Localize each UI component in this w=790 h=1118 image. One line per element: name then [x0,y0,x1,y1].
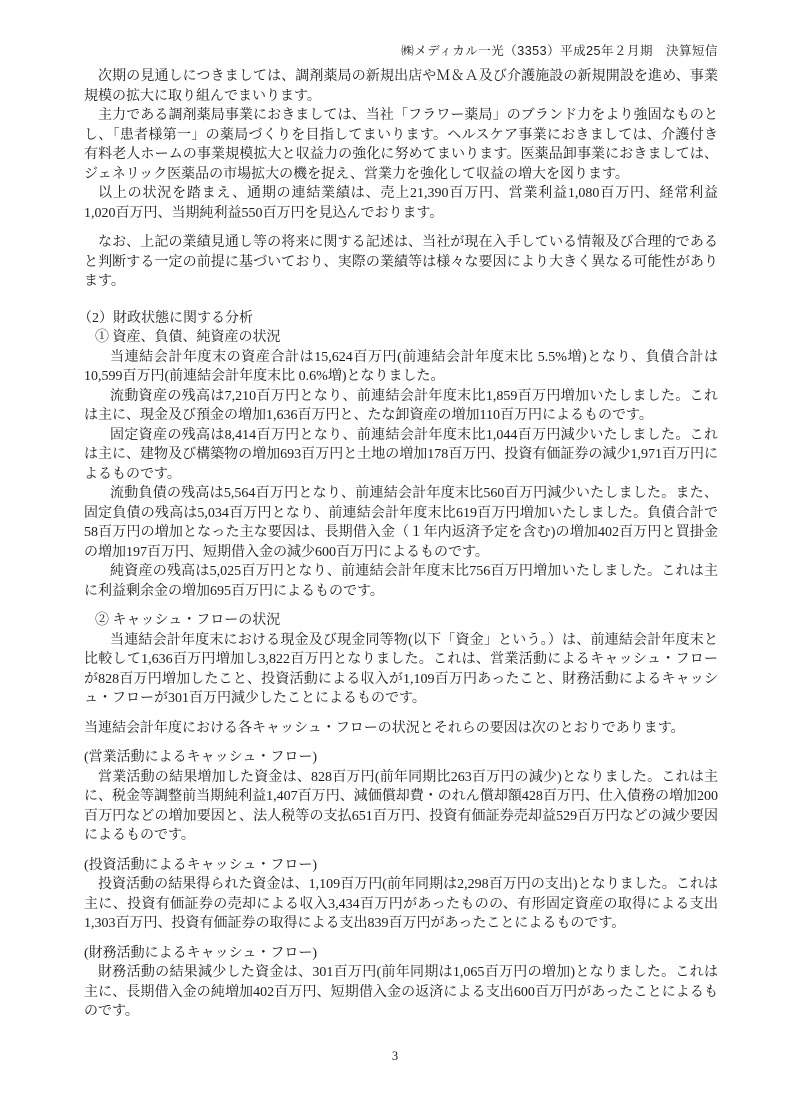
page-number: 3 [0,1048,790,1064]
assets-paragraph-total: 当連結会計年度末の資産合計は15,624百万円(前連結会計年度末比 5.5%増)… [84,348,718,387]
outlook-paragraph-1: 次期の見通しにつきましては、調剤薬局の新規出店やＭ＆Ａ及び介護施設の新規開設を進… [84,67,718,106]
assets-paragraph-net-assets: 純資産の残高は5,025百万円となり、前連結会計年度末比756百万円増加いたしま… [84,562,718,601]
operating-cash-flow-heading: (営業活動によるキャッシュ・フロー) [84,748,718,768]
subsection-heading-assets-liabilities-equity: ① 資産、負債、純資産の状況 [95,328,718,348]
operating-cash-flow-paragraph: 営業活動の結果増加した資金は、828百万円(前年同期比263百万円の減少)となり… [84,768,718,846]
subsection-heading-cash-flow: ② キャッシュ・フローの状況 [95,611,718,631]
cash-flow-intro-line: 当連結会計年度における各キャッシュ・フローの状況とそれらの要因は次のとおりであり… [84,719,718,739]
financing-cash-flow-paragraph: 財務活動の結果減少した資金は、301百万円(前年同期は1,065百万円の増加)と… [84,963,718,1022]
cash-flow-summary-paragraph: 当連結会計年度末における現金及び現金同等物(以下「資金」という。）は、前連結会計… [84,631,718,709]
forward-looking-disclaimer: なお、上記の業績見通し等の将来に関する記述は、当社が現在入手している情報及び合理… [84,233,718,292]
investing-cash-flow-heading: (投資活動によるキャッシュ・フロー) [84,856,718,876]
document-content: ㈱メディカル一光（3353）平成25年２月期 決算短信 次期の見通しにつきまして… [84,41,718,1022]
outlook-paragraph-3: 以上の状況を踏まえ、通期の連結業績は、売上21,390百万円、営業利益1,080… [84,184,718,223]
document-header: ㈱メディカル一光（3353）平成25年２月期 決算短信 [84,41,718,59]
assets-paragraph-current-assets: 流動資産の残高は7,210百万円となり、前連結会計年度末比1,859百万円増加い… [84,387,718,426]
investing-cash-flow-paragraph: 投資活動の結果得られた資金は、1,109百万円(前年同期は2,298百万円の支出… [84,875,718,934]
assets-paragraph-liabilities: 流動負債の残高は5,564百万円となり、前連結会計年度末比560百万円減少いたし… [84,484,718,562]
financing-cash-flow-heading: (財務活動によるキャッシュ・フロー) [84,944,718,964]
assets-paragraph-fixed-assets: 固定資産の残高は8,414百万円となり、前連結会計年度末比1,044百万円減少い… [84,426,718,485]
outlook-paragraph-2: 主力である調剤薬局事業におきましては、当社「フラワー薬局」のブランド力をより強固… [84,106,718,184]
section-heading-financial-position: （2）財政状態に関する分析 [78,309,718,329]
document-page: ㈱メディカル一光（3353）平成25年２月期 決算短信 次期の見通しにつきまして… [0,0,790,1118]
